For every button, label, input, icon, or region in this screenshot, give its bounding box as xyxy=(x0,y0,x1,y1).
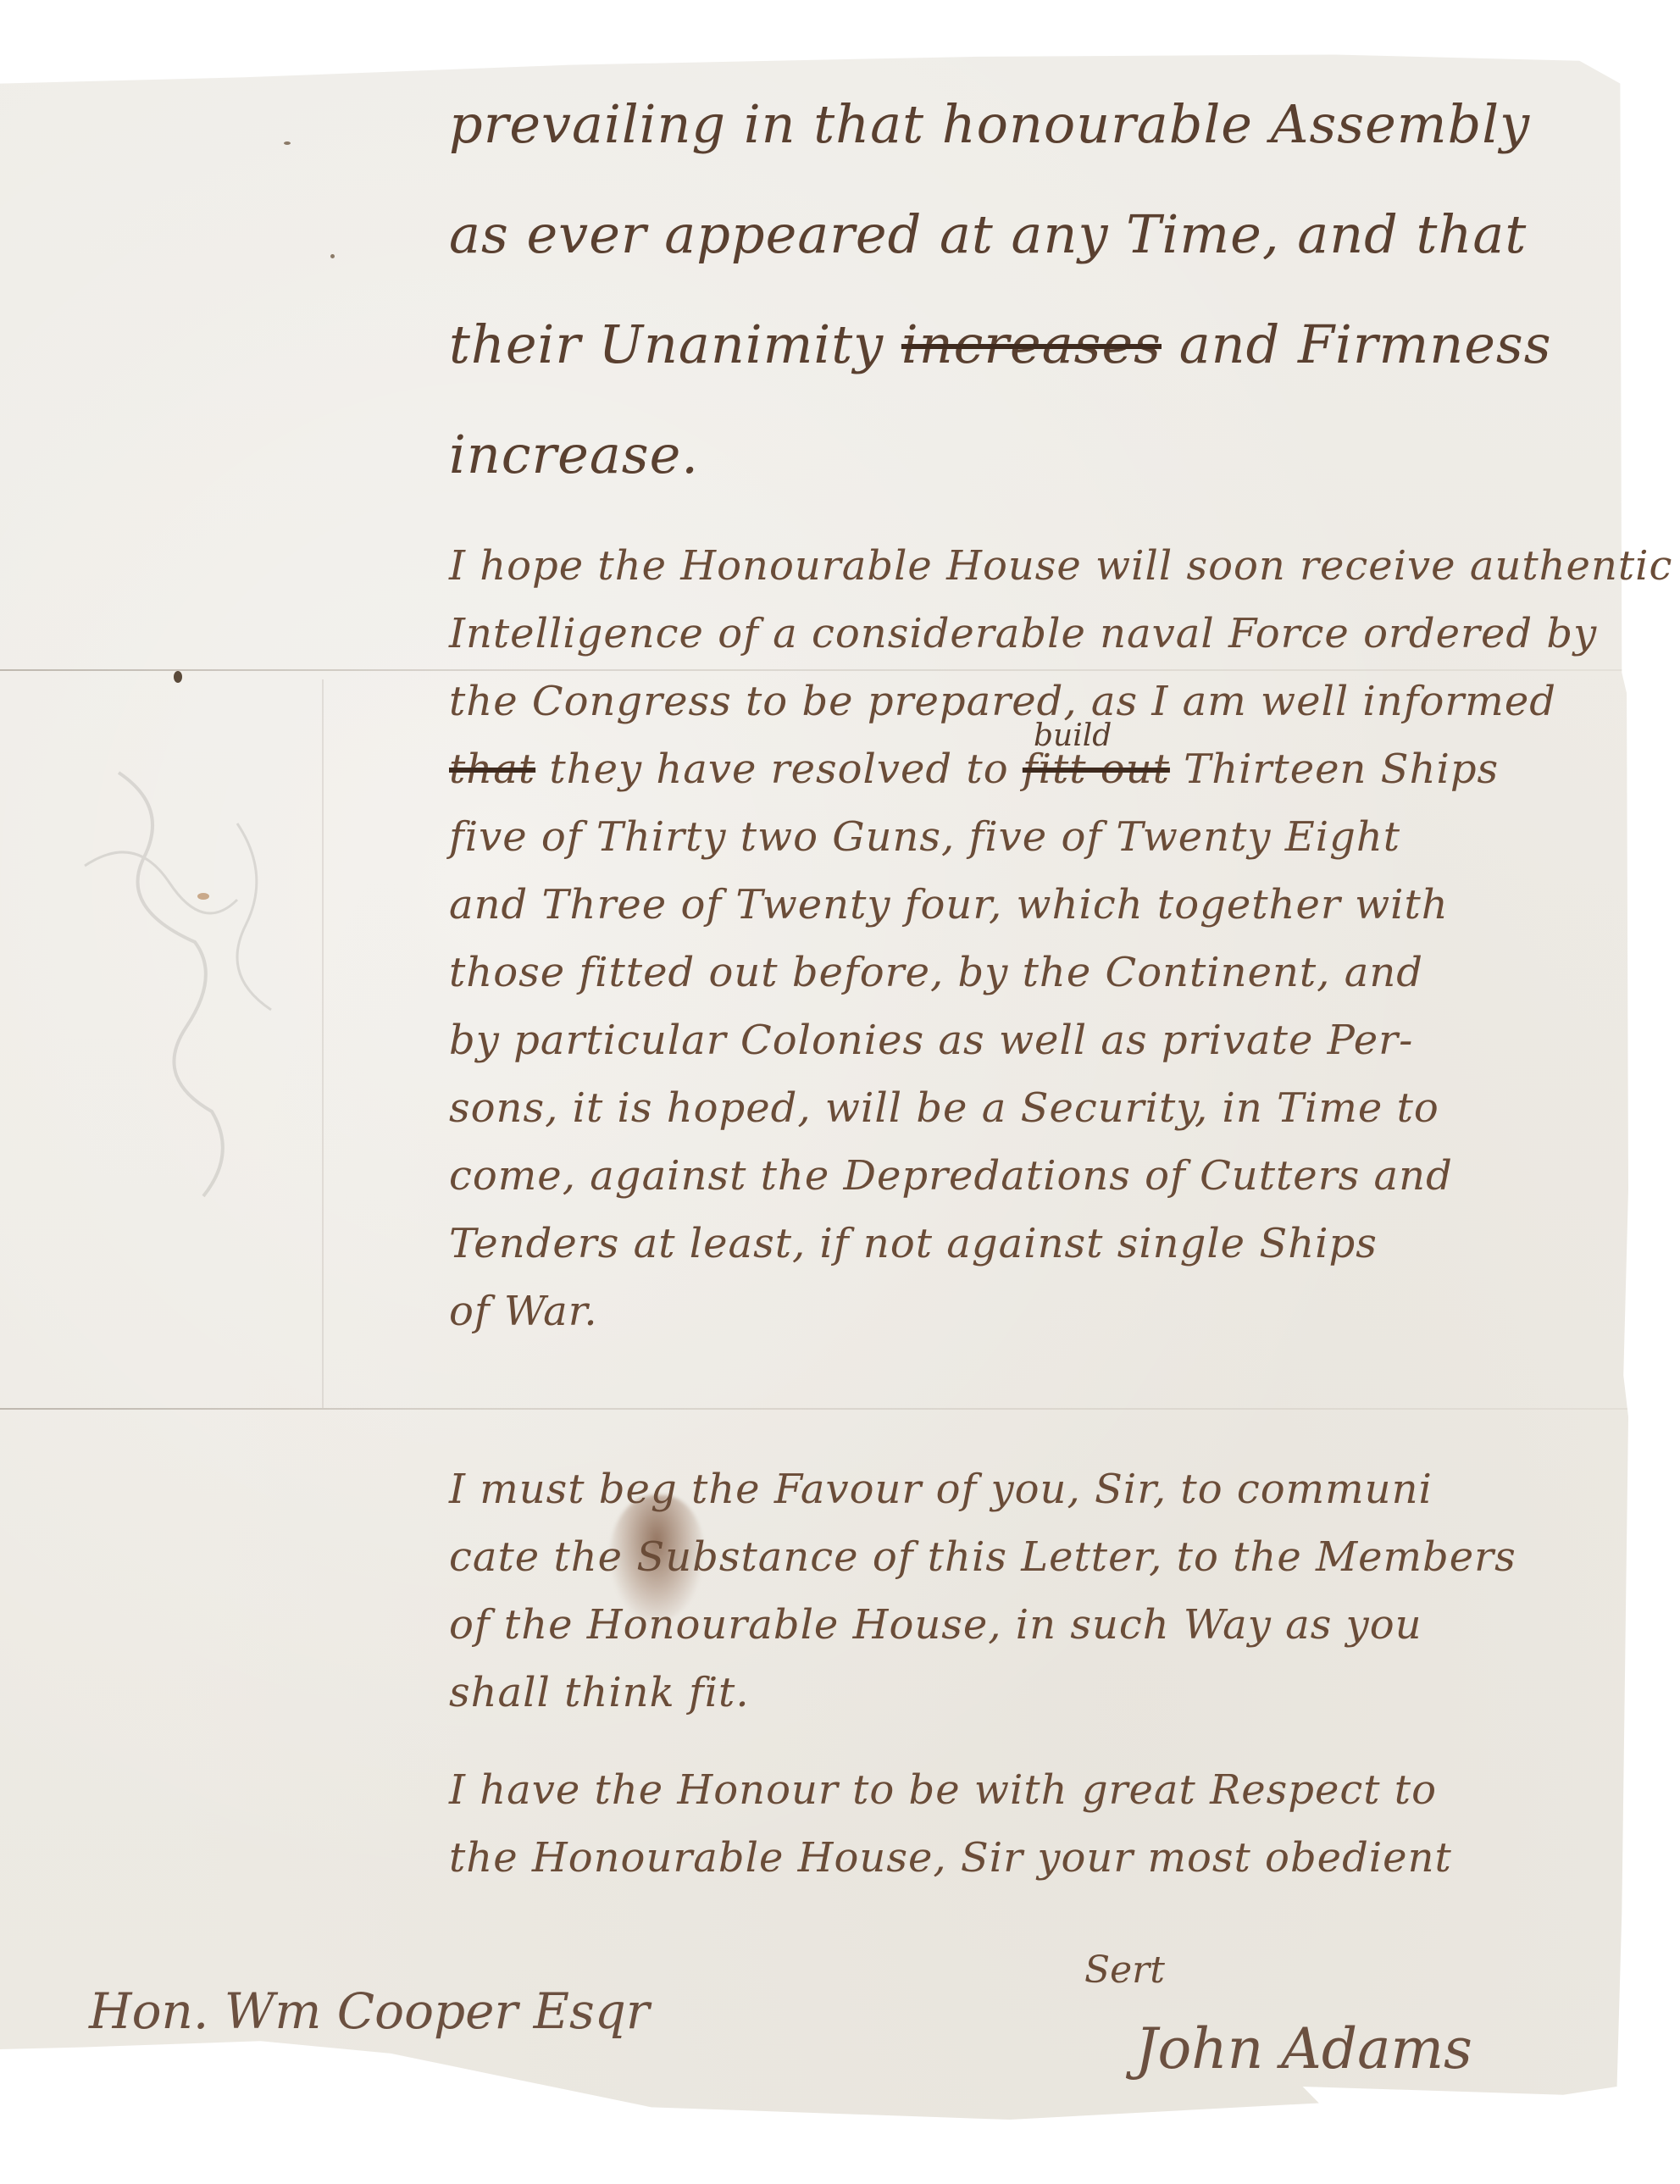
line-text: Thirteen Ships xyxy=(1170,746,1499,793)
text-line: I hope the Honourable House will soon re… xyxy=(449,542,1672,590)
line-text: as ever appeared at any Time, and that xyxy=(449,203,1527,265)
text-line: Tenders at least, if not against single … xyxy=(449,1220,1378,1267)
text-line: the Honourable House, Sir your most obed… xyxy=(449,1834,1452,1882)
addressee: Hon. Wm Cooper Esqr xyxy=(89,1982,650,2040)
line-text: their Unanimity xyxy=(449,313,901,375)
fold-crease-upper xyxy=(0,669,1628,671)
text-line: of the Honourable House, in such Way as … xyxy=(449,1601,1422,1649)
text-line: Intelligence of a considerable naval For… xyxy=(449,610,1597,657)
struck-word: fitt out xyxy=(1023,746,1170,793)
fold-crease-vertical xyxy=(322,679,324,1408)
line-text: of War. xyxy=(449,1288,598,1335)
text-line: prevailing in that honourable Assembly xyxy=(449,93,1530,155)
fold-crease-lower xyxy=(0,1408,1628,1410)
line-text: the Congress to be prepared, as I am wel… xyxy=(449,678,1556,725)
line-text: and Firmness xyxy=(1162,313,1552,375)
line-text: I have the Honour to be with great Respe… xyxy=(449,1766,1437,1814)
line-text: I hope the Honourable House will soon re… xyxy=(449,542,1672,590)
paper-speck xyxy=(174,671,182,683)
line-text: of the Honourable House, in such Way as … xyxy=(449,1601,1422,1649)
paper-speck xyxy=(284,141,291,145)
text-line: and Three of Twenty four, which together… xyxy=(449,881,1449,928)
text-line: five of Thirty two Guns, five of Twenty … xyxy=(449,813,1400,861)
line-text: Intelligence of a considerable naval For… xyxy=(449,610,1597,657)
line-text: by particular Colonies as well as privat… xyxy=(449,1017,1413,1064)
text-line: that they have resolved to fitt out Thir… xyxy=(449,746,1499,793)
line-text: sons, it is hoped, will be a Security, i… xyxy=(449,1084,1439,1132)
text-line: increase. xyxy=(449,424,699,485)
line-text: cate the Substance of this Letter, to th… xyxy=(449,1533,1516,1581)
line-text: I must beg the Favour of you, Sir, to co… xyxy=(449,1466,1433,1513)
text-line: come, against the Depredations of Cutter… xyxy=(449,1152,1453,1200)
text-line: their Unanimity increases and Firmness xyxy=(449,313,1552,375)
text-line: shall think fit. xyxy=(449,1669,750,1716)
struck-word: increases xyxy=(901,313,1162,375)
text-line: of War. xyxy=(449,1288,598,1335)
text-line: I must beg the Favour of you, Sir, to co… xyxy=(449,1466,1433,1513)
line-text: increase. xyxy=(449,424,699,485)
line-text: shall think fit. xyxy=(449,1669,750,1716)
line-text: five of Thirty two Guns, five of Twenty … xyxy=(449,813,1400,861)
line-text: they have resolved to xyxy=(535,746,1023,793)
closing-servant: Sert xyxy=(1084,1948,1165,1992)
line-text: come, against the Depredations of Cutter… xyxy=(449,1152,1453,1200)
text-line: cate the Substance of this Letter, to th… xyxy=(449,1533,1516,1581)
paper-speck xyxy=(197,893,209,900)
bleed-through-writing xyxy=(68,756,305,1213)
text-line: I have the Honour to be with great Respe… xyxy=(449,1766,1437,1814)
line-text: prevailing in that honourable Assembly xyxy=(449,93,1530,155)
struck-word: that xyxy=(449,746,535,793)
signature: John Adams xyxy=(1135,2016,1472,2081)
line-text: and Three of Twenty four, which together… xyxy=(449,881,1449,928)
text-line: the Congress to be prepared, as I am wel… xyxy=(449,678,1556,725)
text-line: as ever appeared at any Time, and that xyxy=(449,203,1527,265)
text-line: by particular Colonies as well as privat… xyxy=(449,1017,1413,1064)
text-line: those fitted out before, by the Continen… xyxy=(449,949,1423,996)
paper-speck xyxy=(330,254,335,258)
text-line: sons, it is hoped, will be a Security, i… xyxy=(449,1084,1439,1132)
line-text: Tenders at least, if not against single … xyxy=(449,1220,1378,1267)
line-text: the Honourable House, Sir your most obed… xyxy=(449,1834,1452,1882)
line-text: those fitted out before, by the Continen… xyxy=(449,949,1423,996)
